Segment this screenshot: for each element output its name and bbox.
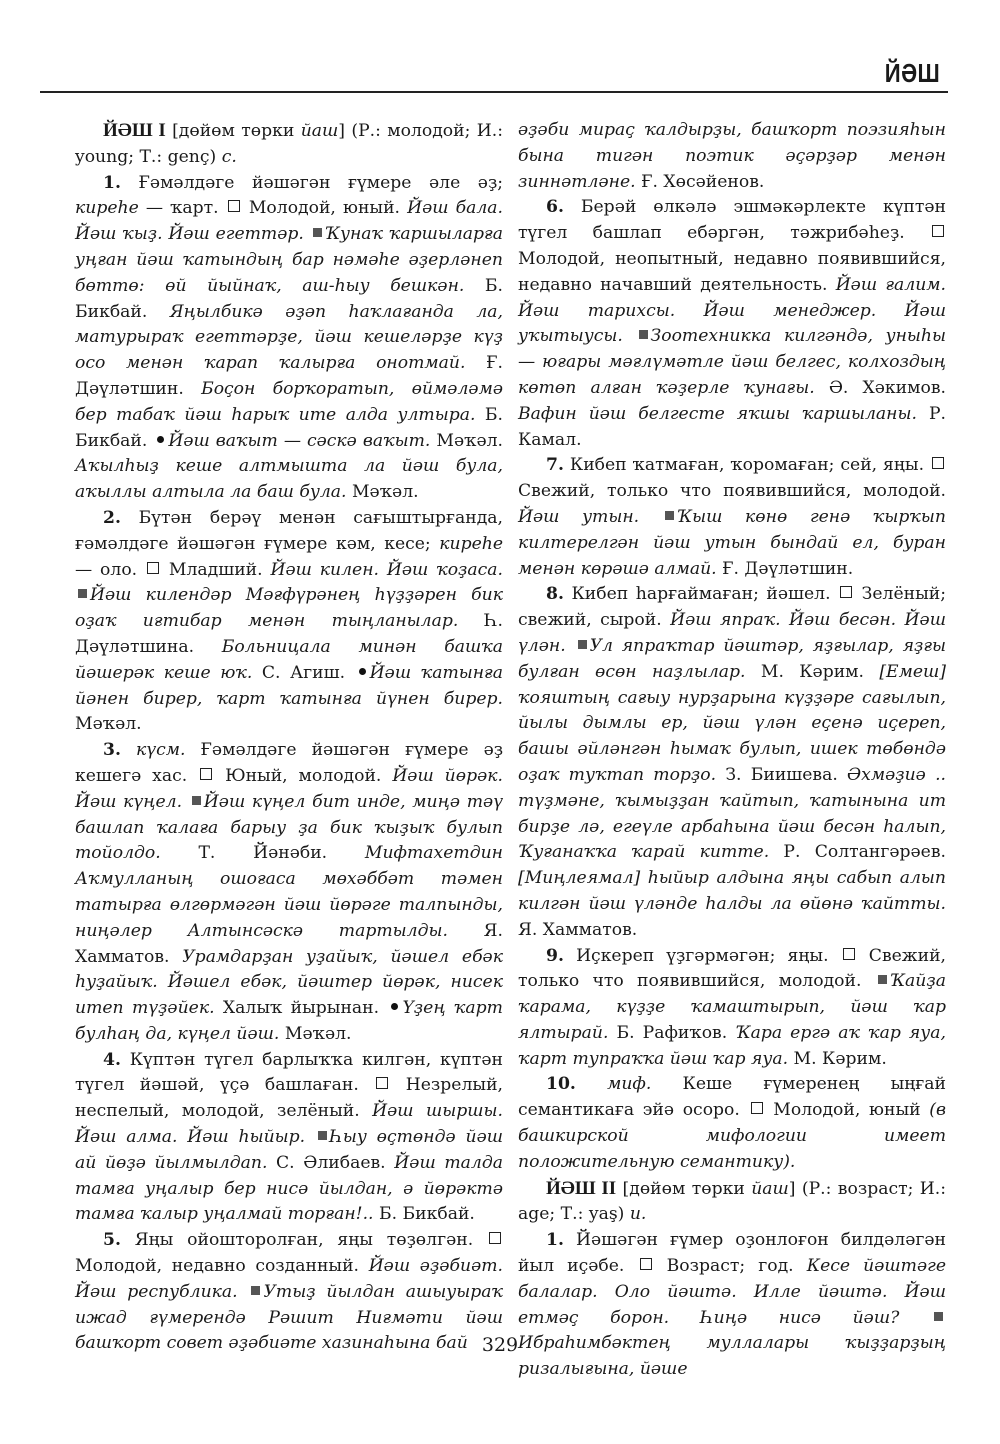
- sense-8: 8. Кибеп һарғаймаған; йәшел. Зелёный; св…: [518, 582, 946, 943]
- sense-9: 9. Иҫкереп үҙгәрмәгән; яңы. Свежий, толь…: [518, 944, 946, 1073]
- author: Ә. Хәкимов.: [815, 378, 946, 398]
- entry-yash-1: ЙӘШ I [дөйөм төрки йаш] (Р.: молодой; И.…: [75, 118, 503, 171]
- definition: Кибеп ҡатмаған, ҡоромаған; сей, яңы.: [564, 455, 924, 475]
- entry-2-sense-1: 1. Йәшәгән ғүмер оҙонлоғон билдәләгән йы…: [518, 1228, 946, 1383]
- definition: Берәй өлкәлә эшмәкәрлекте күптән түгел б…: [518, 197, 946, 243]
- open-square-icon: [489, 1232, 501, 1244]
- sense-number: 4.: [103, 1050, 121, 1070]
- entry-yash-2: ЙӘШ II [дөйөм төрки йаш] (Р.: возраст; И…: [518, 1176, 946, 1229]
- author: Б. Бикбай.: [374, 1204, 475, 1224]
- definition: — ҡарт.: [139, 198, 219, 218]
- open-square-icon: [932, 225, 944, 237]
- russian-equivalent: Молодой, юный: [765, 1100, 930, 1120]
- source: Мәҡәл.: [75, 714, 142, 734]
- header-rule: [40, 91, 948, 93]
- example: Йәш утын.: [518, 507, 639, 527]
- open-square-icon: [228, 200, 240, 212]
- sense-2: 2. Бүтән берәү менән сағыштырғанда, ғәмә…: [75, 506, 503, 738]
- running-head: ЙӘШ: [885, 58, 940, 89]
- citation: [Миңлеямал] һыйыр алдына яңы сабып алып …: [518, 868, 946, 914]
- open-square-icon: [200, 768, 212, 780]
- author: Ғ. Дәүләтшин.: [717, 559, 854, 579]
- sense-4: 4. Күптән түгел барлыҡҡа килгән, күптән …: [75, 1048, 503, 1229]
- etymology: [дөйөм төрки: [166, 121, 301, 141]
- filled-square-icon: [665, 511, 674, 520]
- sense-number: 3.: [103, 740, 121, 760]
- sense-number: 2.: [103, 508, 121, 528]
- source: Мәҡәл.: [430, 431, 503, 451]
- open-square-icon: [376, 1077, 388, 1089]
- etymology-word: йаш: [751, 1179, 789, 1199]
- citation: Вафин йәш белгесте яҡшы ҡаршыланы.: [518, 404, 917, 424]
- russian-equivalent: Возраст; год.: [654, 1256, 807, 1276]
- sense-number: 9.: [546, 946, 564, 966]
- author: З. Биишева.: [716, 765, 847, 785]
- definition: Ғәмәлдәге йәшәгән ғүмере әле әҙ;: [121, 173, 503, 193]
- definition: Иҫкереп үҙгәрмәгән; яңы.: [564, 946, 829, 966]
- sense-3: 3. күсм. Ғәмәлдәге йәшәгән ғүмере әҙ кеш…: [75, 738, 503, 1048]
- headword: ЙӘШ I: [103, 120, 166, 141]
- author: Ғ. Хөсәйенов.: [636, 172, 765, 192]
- sense-number: 6.: [546, 197, 564, 217]
- bullet-icon: [157, 436, 164, 443]
- definition: — оло.: [75, 560, 137, 580]
- author: Халыҡ йырынан.: [215, 998, 380, 1018]
- open-square-icon: [751, 1102, 763, 1114]
- filled-square-icon: [934, 1312, 943, 1321]
- filled-square-icon: [251, 1286, 260, 1295]
- sense-5-continued: әҙәби мираҫ ҡалдырҙы, башҡорт поэзияһын …: [518, 118, 946, 195]
- definition-italic: киреһе: [439, 534, 503, 554]
- sense-1: 1. Ғәмәлдәге йәшәгән ғүмере әле әҙ; кире…: [75, 171, 503, 506]
- etymology-word: йаш: [301, 121, 339, 141]
- author: Т. Йәнәби.: [161, 843, 365, 863]
- page-number: 329: [0, 1334, 1000, 1356]
- open-square-icon: [840, 586, 852, 598]
- open-square-icon: [932, 457, 944, 469]
- author: Я. Хамматов.: [518, 920, 637, 940]
- left-column: ЙӘШ I [дөйөм төрки йаш] (Р.: молодой; И.…: [75, 118, 503, 1357]
- part-of-speech: с.: [222, 147, 237, 167]
- russian-equivalent: Юный, молодой.: [214, 766, 392, 786]
- author: С. Агиш.: [252, 663, 345, 683]
- citation: Йәш килендәр Мәғфүрәнең һүҙҙәрен бик оҙа…: [75, 585, 503, 631]
- open-square-icon: [640, 1258, 652, 1270]
- source: Мәҡәл.: [279, 1024, 351, 1044]
- sense-number: 7.: [546, 455, 564, 475]
- usage-label: күсм.: [121, 740, 186, 760]
- author: С. Әлибаев.: [267, 1153, 394, 1173]
- example: Йәш килен. Йәш ҡоҙаса.: [270, 560, 503, 580]
- right-column: әҙәби мираҫ ҡалдырҙы, башҡорт поэзияһын …: [518, 118, 946, 1383]
- etymology: [дөйөм төрки: [616, 1179, 751, 1199]
- sense-10: 10. миф. Кеше ғүмеренең ыңғай семантикағ…: [518, 1072, 946, 1175]
- proverb: Аҡылһыҙ кеше алтмышта ла йәш була, аҡылл…: [75, 456, 503, 502]
- part-of-speech: и.: [630, 1204, 647, 1224]
- author: Р. Солтангәрәев.: [769, 842, 946, 862]
- definition-italic: киреһе: [75, 198, 139, 218]
- definition: Яңы ойошторолған, яңы төҙөлгән.: [121, 1230, 473, 1250]
- sense-number: 1.: [546, 1230, 564, 1250]
- open-square-icon: [843, 948, 855, 960]
- filled-square-icon: [318, 1131, 327, 1140]
- author: Б. Рафиҡов.: [608, 1023, 735, 1043]
- sense-6: 6. Берәй өлкәлә эшмәкәрлекте күптән түге…: [518, 195, 946, 453]
- russian-equivalent: Младший.: [161, 560, 270, 580]
- author: М. Кәрим.: [788, 1049, 887, 1069]
- definition: Кибеп һарғаймаған; йәшел.: [564, 584, 831, 604]
- headword: ЙӘШ II: [546, 1178, 616, 1199]
- russian-equivalent: Молодой, юный.: [242, 198, 407, 218]
- filled-square-icon: [78, 589, 87, 598]
- filled-square-icon: [878, 975, 887, 984]
- proverb: Йәш ваҡыт — сәскә ваҡыт.: [168, 431, 430, 451]
- sense-number: 8.: [546, 584, 564, 604]
- filled-square-icon: [578, 640, 587, 649]
- filled-square-icon: [639, 330, 648, 339]
- open-square-icon: [147, 562, 159, 574]
- filled-square-icon: [313, 228, 322, 237]
- bullet-icon: [359, 668, 366, 675]
- russian-equivalent: Свежий, только что появившийся, молодой.: [518, 481, 946, 501]
- filled-square-icon: [192, 796, 201, 805]
- usage-label: миф.: [576, 1074, 651, 1094]
- sense-number: 1.: [103, 173, 121, 193]
- bullet-icon: [391, 1003, 398, 1010]
- russian-equivalent: Молодой, недавно созданный.: [75, 1256, 369, 1276]
- author: М. Кәрим.: [746, 662, 880, 682]
- sense-number: 10.: [546, 1074, 576, 1094]
- sense-7: 7. Кибеп ҡатмаған, ҡоромаған; сей, яңы. …: [518, 453, 946, 582]
- sense-number: 5.: [103, 1230, 121, 1250]
- source: Мәҡәл.: [346, 482, 418, 502]
